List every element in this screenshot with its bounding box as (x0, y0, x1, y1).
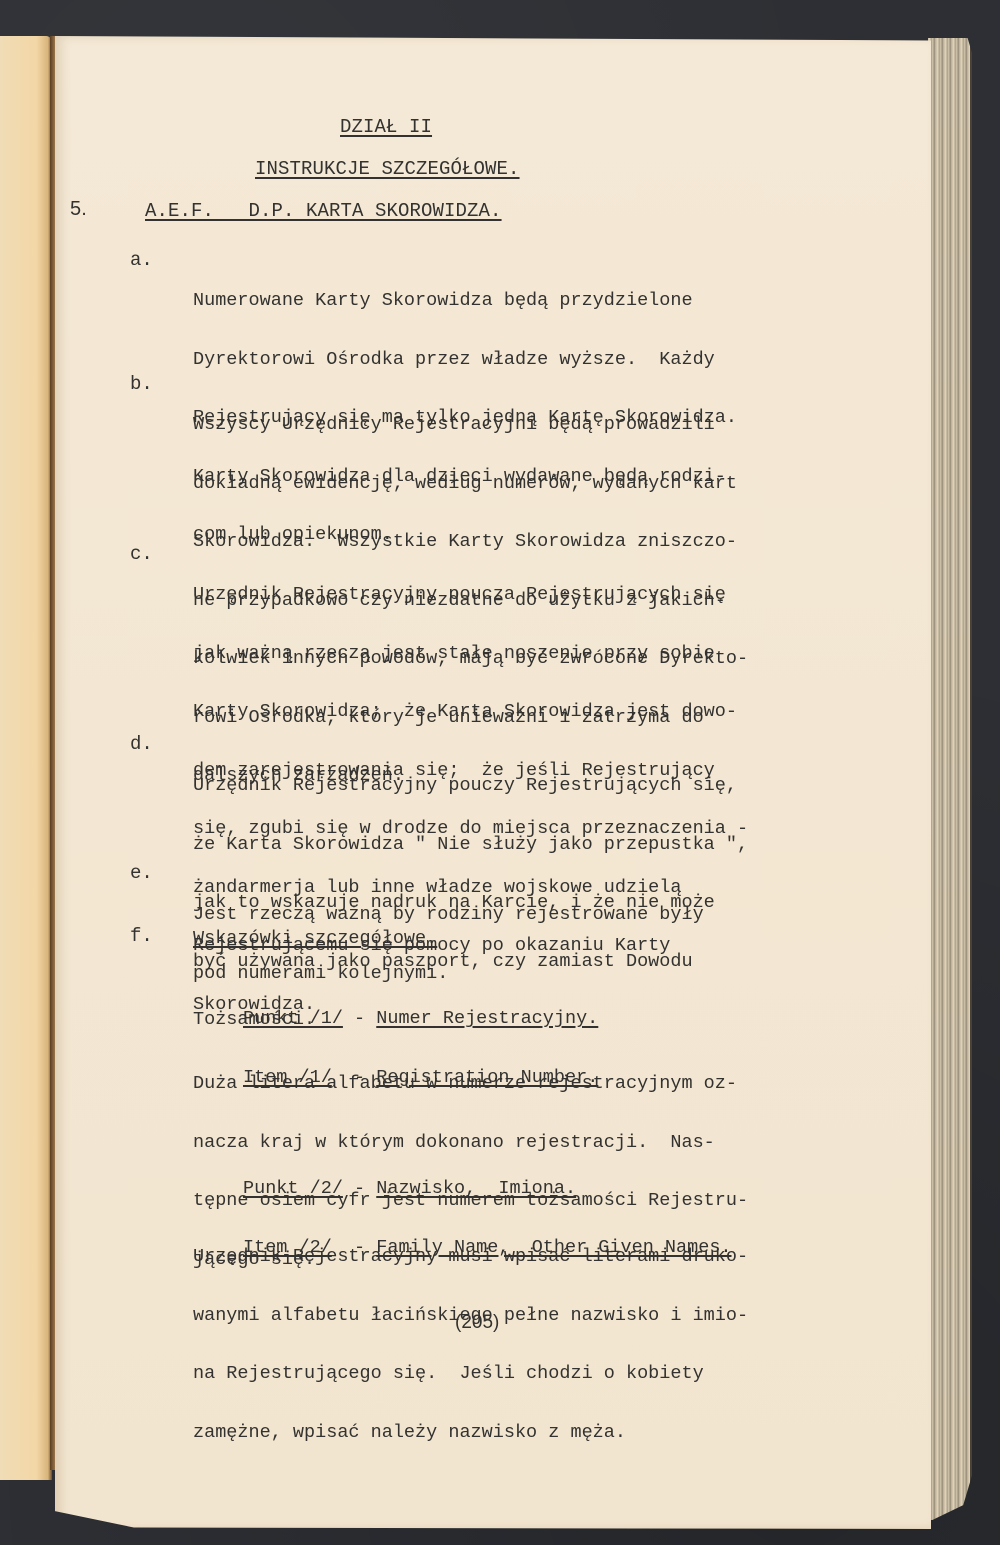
section-number: 5. (70, 200, 87, 220)
point-1-pl-label: Punkt /1/ (243, 1008, 343, 1029)
text-line: Jest rzeczą ważną by rodziny rejestrowan… (193, 905, 843, 925)
text-line: Urzędnik Rejestracyjny poucza Rejestrują… (193, 585, 843, 605)
item-label-d: d. (130, 733, 153, 755)
text-line: dokładną ewidencję, według numerów, wyda… (193, 474, 843, 494)
dash: - (354, 1008, 365, 1029)
previous-page-edge (0, 36, 52, 1480)
page-stack-edges (928, 38, 972, 1520)
text-line: Dyrektorowi Ośrodka przez władze wyższe.… (193, 350, 843, 370)
text-line: wanymi alfabetu łacińskiego pełne nazwis… (193, 1306, 843, 1326)
point-2-pl-label: Punkt /2/ (243, 1178, 343, 1199)
instructions-heading: INSTRUKCJE SZCZEGÓŁOWE. (255, 160, 520, 180)
part-heading: DZIAŁ II (340, 118, 432, 138)
item-label-c: c. (130, 543, 153, 565)
text-line: zamężne, wpisać należy nazwisko z męża. (193, 1423, 843, 1443)
text-line: Karty Skorowidza; że Karta Skorowidza je… (193, 702, 843, 722)
section-title: A.E.F. D.P. KARTA SKOROWIDZA. (145, 202, 502, 222)
point-1-pl-text: Numer Rejestracyjny. (376, 1008, 598, 1029)
text-line: jak ważną rzeczą jest stałe noszenie prz… (193, 644, 843, 664)
text-line: Duża litera alfabetu w numerze rejestrac… (193, 1074, 843, 1094)
item-label-e: e. (130, 862, 153, 884)
text-line: Numerowane Karty Skorowidza będą przydzi… (193, 291, 843, 311)
point-1-polish: Punkt /1/ - Numer Rejestracyjny. (243, 1009, 893, 1029)
text-line: że Karta Skorowidza " Nie służy jako prz… (193, 835, 843, 855)
dash: - (354, 1178, 365, 1199)
item-label-b: b. (130, 373, 153, 395)
text-line: Wszyscy Urzędnicy Rejestracyjni będą pro… (193, 415, 843, 435)
text-line: Urzędnik Rejestracyjny musi wpisać liter… (193, 1247, 843, 1267)
item-label-a: a. (130, 249, 153, 271)
text-line: na Rejestrującego się. Jeśli chodzi o ko… (193, 1364, 843, 1384)
item-label-f: f. (130, 925, 153, 947)
item-f-title: Wskazówki szczegółowe. (193, 929, 843, 949)
point-2-polish: Punkt /2/ - Nazwisko, Imiona. (243, 1179, 893, 1199)
page-number: (205) (455, 1312, 499, 1334)
text-line: Urzędnik Rejestracyjny pouczy Rejestrują… (193, 776, 843, 796)
point-2-description: Urzędnik Rejestracyjny musi wpisać liter… (193, 1208, 843, 1462)
point-2-pl-text: Nazwisko, Imiona. (376, 1178, 576, 1199)
